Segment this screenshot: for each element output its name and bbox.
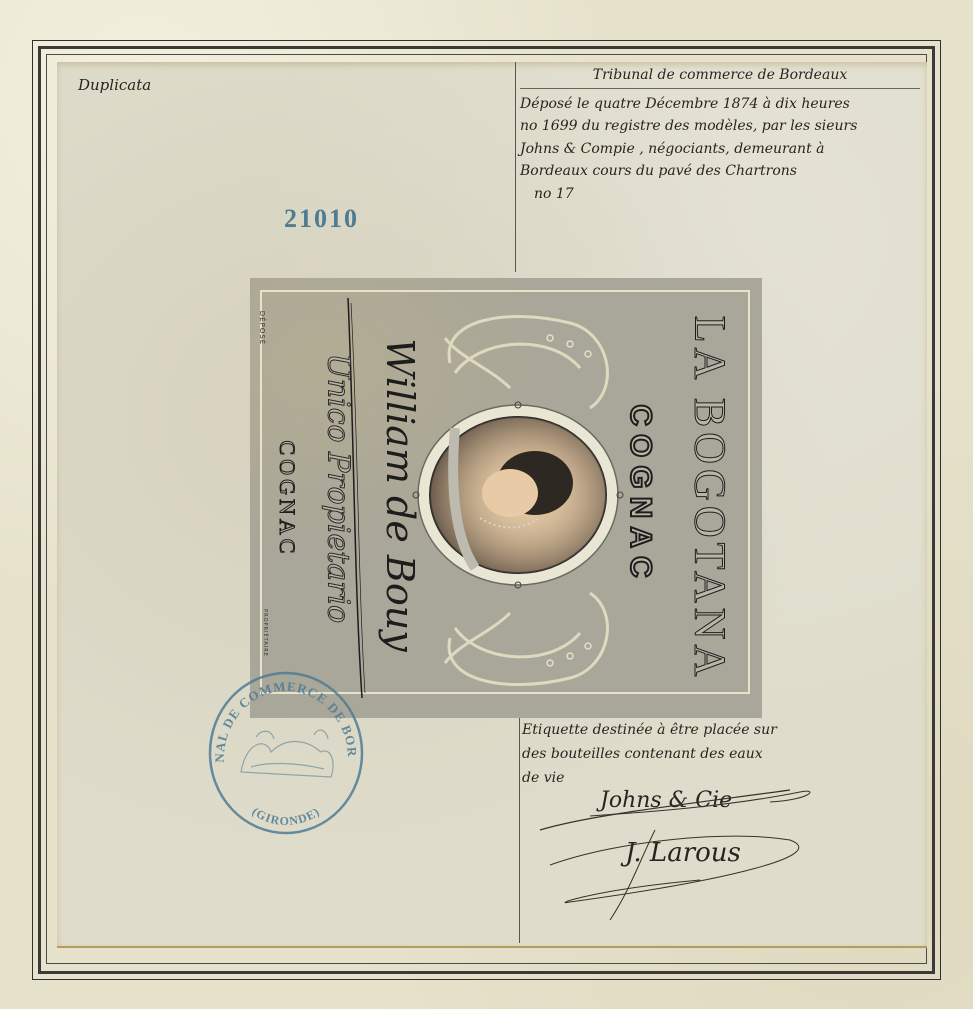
note-line: des bouteilles contenant des eaux — [522, 742, 922, 766]
registry-line: Johns & Compie , négociants, demeurant à — [520, 138, 920, 161]
label-printer-mark: PROPRIÉTAIRE — [262, 608, 268, 658]
registry-line: no 17 — [520, 183, 920, 206]
duplicata-note: Duplicata — [78, 76, 151, 94]
column-divider-bottom — [519, 718, 520, 943]
cognac-label: LA BOGOTANA COGNAC William de Bouy Unico… — [250, 278, 762, 718]
column-divider-top — [515, 62, 516, 272]
label-owner-title: Unico Propietario — [321, 354, 356, 604]
label-origin: COGNAC — [274, 429, 300, 569]
note-line: Etiquette destinée à être placée sur — [522, 718, 922, 742]
registry-entry: Tribunal de commerce de Bordeaux Déposé … — [520, 64, 920, 205]
registration-number: 21010 — [284, 204, 359, 234]
stamp-seal-icon: TRIBUNAL DE COMMERCE DE BORDEAUX (GIROND… — [206, 667, 366, 835]
label-brand: LA BOGOTANA — [685, 289, 736, 709]
svg-text:(GIRONDE): (GIRONDE) — [250, 804, 323, 828]
label-product: COGNAC — [623, 395, 657, 595]
svg-text:TRIBUNAL DE COMMERCE DE BORDEA: TRIBUNAL DE COMMERCE DE BORDEAUX — [206, 667, 360, 763]
signatures: Johns & Cie J. Larous — [530, 780, 830, 930]
registry-heading: Tribunal de commerce de Bordeaux — [520, 64, 920, 89]
registry-line: no 1699 du registre des modèles, par les… — [520, 115, 920, 138]
registry-line: Déposé le quatre Décembre 1874 à dix heu… — [520, 93, 920, 116]
label-owner: William de Bouy — [378, 325, 422, 665]
registry-line: Bordeaux cours du pavé des Chartrons — [520, 160, 920, 183]
tribunal-stamp: TRIBUNAL DE COMMERCE DE BORDEAUX (GIROND… — [206, 667, 366, 835]
signature-flourish-icon — [530, 780, 830, 930]
label-depose-mark: DÉPOSÉ — [258, 308, 266, 348]
